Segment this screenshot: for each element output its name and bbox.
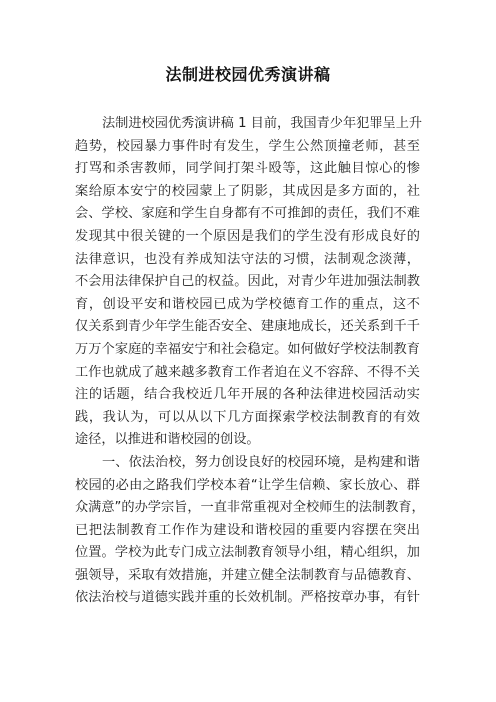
paragraph-line: 趋势，校园暴力事件时有发生，学生公然顶撞老师，甚至 <box>75 136 420 159</box>
paragraph-line: 注的话题，结合我校近几年开展的各种法律进校园活动实 <box>75 384 420 407</box>
paragraph-line: 法律意识，也没有养成知法守法的习惯，法制观念淡薄， <box>75 249 420 272</box>
paragraph-line: 强领导，采取有效措施，并建立健全法制教育与品德教育、 <box>75 565 420 588</box>
paragraph-line: 工作也就成了越来越多教育工作者迫在义不容辞、不得不关 <box>75 362 420 385</box>
paragraph-line: 仅关系到青少年学生能否安全、建康地成长，还关系到千千 <box>75 316 420 339</box>
paragraph-line: 育，创设平安和谐校园已成为学校德育工作的重点，这不 <box>75 294 420 317</box>
paragraph-line: 不会用法律保护自己的权益。因此，对青少年进加强法制教 <box>75 271 420 294</box>
paragraph-line: 会、学校、家庭和学生自身都有不可推卸的责任，我们不难 <box>75 203 420 226</box>
paragraph-line: 案给原本安宁的校园蒙上了阴影，其成因是多方面的，社 <box>75 181 420 204</box>
document-title: 法制进校园优秀演讲稿 <box>0 62 496 85</box>
paragraph-line: 一、依法治校，努力创设良好的校园环境，是构建和谐 <box>75 452 420 475</box>
paragraph-line: 发现其中很关键的一个原因是我们的学生没有形成良好的 <box>75 226 420 249</box>
paragraph-line: 已把法制教育工作作为建设和谐校园的重要内容摆在突出 <box>75 520 420 543</box>
paragraph-line: 校园的必由之路我们学校本着“让学生信赖、家长放心、群 <box>75 475 420 498</box>
paragraph-line: 位置。学校为此专门成立法制教育领导小组，精心组织，加 <box>75 542 420 565</box>
paragraph-line: 依法治校与道德实践并重的长效机制。严格按章办事，有针 <box>75 587 420 610</box>
paragraph-line: 万万个家庭的幸福安宁和社会稳定。如何做好学校法制教育 <box>75 339 420 362</box>
document-body: 法制进校园优秀演讲稿 1 目前，我国青少年犯罪呈上升 趋势，校园暴力事件时有发生… <box>75 113 420 610</box>
paragraph-line: 打骂和杀害教师，同学间打架斗殴等，这此触目惊心的惨 <box>75 158 420 181</box>
paragraph-line: 践，我认为，可以从以下几方面探索学校法制教育的有效 <box>75 407 420 430</box>
paragraph-line: 众满意”的办学宗旨，一直非常重视对全校师生的法制教育， <box>75 497 420 520</box>
paragraph-line: 法制进校园优秀演讲稿 1 目前，我国青少年犯罪呈上升 <box>75 113 420 136</box>
paragraph-line: 途径，以推进和谐校园的创设。 <box>75 429 420 452</box>
